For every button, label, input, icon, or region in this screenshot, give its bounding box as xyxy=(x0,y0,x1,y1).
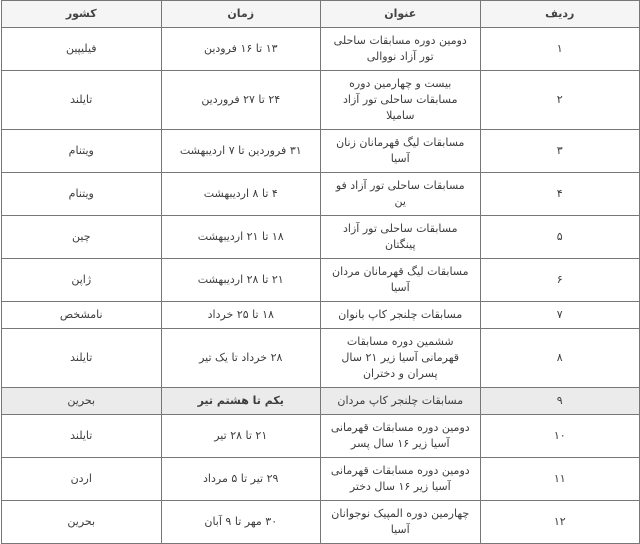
header-country: کشور xyxy=(2,1,162,28)
cell-country: ویتنام xyxy=(2,173,162,216)
table-row: ۲بیست و چهارمین دوره مسابقات ساحلی تور آ… xyxy=(2,71,640,130)
table-body: ۱دومین دوره مسابقات ساحلی تور آزاد نووال… xyxy=(2,28,640,544)
cell-time: ۲۹ تیر تا ۵ مرداد xyxy=(161,458,321,501)
table-row: ۱۱دومین دوره مسابقات قهرمانی آسیا زیر ۱۶… xyxy=(2,458,640,501)
header-row: ردیف عنوان زمان کشور xyxy=(2,1,640,28)
cell-country: تایلند xyxy=(2,415,162,458)
cell-title: مسابقات ساحلی تور آزاد فو ین xyxy=(321,173,481,216)
cell-country: تایلند xyxy=(2,71,162,130)
cell-time: ۱۳ تا ۱۶ فرودین xyxy=(161,28,321,71)
header-rank: ردیف xyxy=(480,1,640,28)
cell-title: مسابقات ساحلی تور آزاد پینگتان xyxy=(321,216,481,259)
cell-time: ۲۴ تا ۲۷ فروردین xyxy=(161,71,321,130)
cell-rank: ۷ xyxy=(480,302,640,329)
cell-country: بحرین xyxy=(2,388,162,415)
table-row: ۱۰دومین دوره مسابقات قهرمانی آسیا زیر ۱۶… xyxy=(2,415,640,458)
cell-title: مسابقات لیگ قهرمانان مردان آسیا xyxy=(321,259,481,302)
table-row: ۷مسابقات چلنجر کاپ بانوان۱۸ تا ۲۵ خردادن… xyxy=(2,302,640,329)
cell-time: ۳۰ مهر تا ۹ آبان xyxy=(161,501,321,544)
cell-rank: ۲ xyxy=(480,71,640,130)
cell-country: فیلیپین xyxy=(2,28,162,71)
cell-country: اردن xyxy=(2,458,162,501)
cell-rank: ۳ xyxy=(480,130,640,173)
cell-rank: ۵ xyxy=(480,216,640,259)
cell-title: دومین دوره مسابقات ساحلی تور آزاد نووالی xyxy=(321,28,481,71)
events-table-container: ردیف عنوان زمان کشور ۱دومین دوره مسابقات… xyxy=(0,0,640,544)
table-row: ۹مسابقات چلنجر کاپ مردانیکم تا هشتم تیرب… xyxy=(2,388,640,415)
header-time: زمان xyxy=(161,1,321,28)
events-table: ردیف عنوان زمان کشور ۱دومین دوره مسابقات… xyxy=(1,0,640,544)
table-row: ۱۲چهارمین دوره المپیک نوجوانان آسیا۳۰ مه… xyxy=(2,501,640,544)
cell-time: یکم تا هشتم تیر xyxy=(161,388,321,415)
cell-country: ویتنام xyxy=(2,130,162,173)
cell-title: ششمین دوره مسابقات قهرمانی آسیا زیر ۲۱ س… xyxy=(321,329,481,388)
cell-time: ۳۱ فروردین تا ۷ اردیبهشت xyxy=(161,130,321,173)
cell-country: نامشخص xyxy=(2,302,162,329)
cell-country: چین xyxy=(2,216,162,259)
cell-title: چهارمین دوره المپیک نوجوانان آسیا xyxy=(321,501,481,544)
cell-rank: ۱۱ xyxy=(480,458,640,501)
table-row: ۳مسابقات لیگ قهرمانان زنان آسیا۳۱ فروردی… xyxy=(2,130,640,173)
cell-rank: ۱ xyxy=(480,28,640,71)
cell-title: دومین دوره مسابقات قهرمانی آسیا زیر ۱۶ س… xyxy=(321,458,481,501)
cell-rank: ۱۰ xyxy=(480,415,640,458)
table-row: ۸ششمین دوره مسابقات قهرمانی آسیا زیر ۲۱ … xyxy=(2,329,640,388)
cell-rank: ۸ xyxy=(480,329,640,388)
header-title: عنوان xyxy=(321,1,481,28)
cell-time: ۲۸ خرداد تا یک تیر xyxy=(161,329,321,388)
cell-rank: ۴ xyxy=(480,173,640,216)
cell-time: ۱۸ تا ۲۵ خرداد xyxy=(161,302,321,329)
table-header: ردیف عنوان زمان کشور xyxy=(2,1,640,28)
table-row: ۵مسابقات ساحلی تور آزاد پینگتان۱۸ تا ۲۱ … xyxy=(2,216,640,259)
cell-title: دومین دوره مسابقات قهرمانی آسیا زیر ۱۶ س… xyxy=(321,415,481,458)
cell-time: ۲۱ تا ۲۸ اردیبهشت xyxy=(161,259,321,302)
cell-country: تایلند xyxy=(2,329,162,388)
cell-title: مسابقات چلنجر کاپ بانوان xyxy=(321,302,481,329)
cell-title: مسابقات چلنجر کاپ مردان xyxy=(321,388,481,415)
table-row: ۴مسابقات ساحلی تور آزاد فو ین۴ تا ۸ اردی… xyxy=(2,173,640,216)
cell-time: ۲۱ تا ۲۸ تیر xyxy=(161,415,321,458)
table-row: ۱دومین دوره مسابقات ساحلی تور آزاد نووال… xyxy=(2,28,640,71)
cell-title: بیست و چهارمین دوره مسابقات ساحلی تور آز… xyxy=(321,71,481,130)
cell-time: ۱۸ تا ۲۱ اردیبهشت xyxy=(161,216,321,259)
cell-rank: ۱۲ xyxy=(480,501,640,544)
cell-country: بحرین xyxy=(2,501,162,544)
cell-time: ۴ تا ۸ اردیبهشت xyxy=(161,173,321,216)
cell-rank: ۶ xyxy=(480,259,640,302)
cell-country: ژاپن xyxy=(2,259,162,302)
cell-title: مسابقات لیگ قهرمانان زنان آسیا xyxy=(321,130,481,173)
table-row: ۶مسابقات لیگ قهرمانان مردان آسیا۲۱ تا ۲۸… xyxy=(2,259,640,302)
cell-rank: ۹ xyxy=(480,388,640,415)
